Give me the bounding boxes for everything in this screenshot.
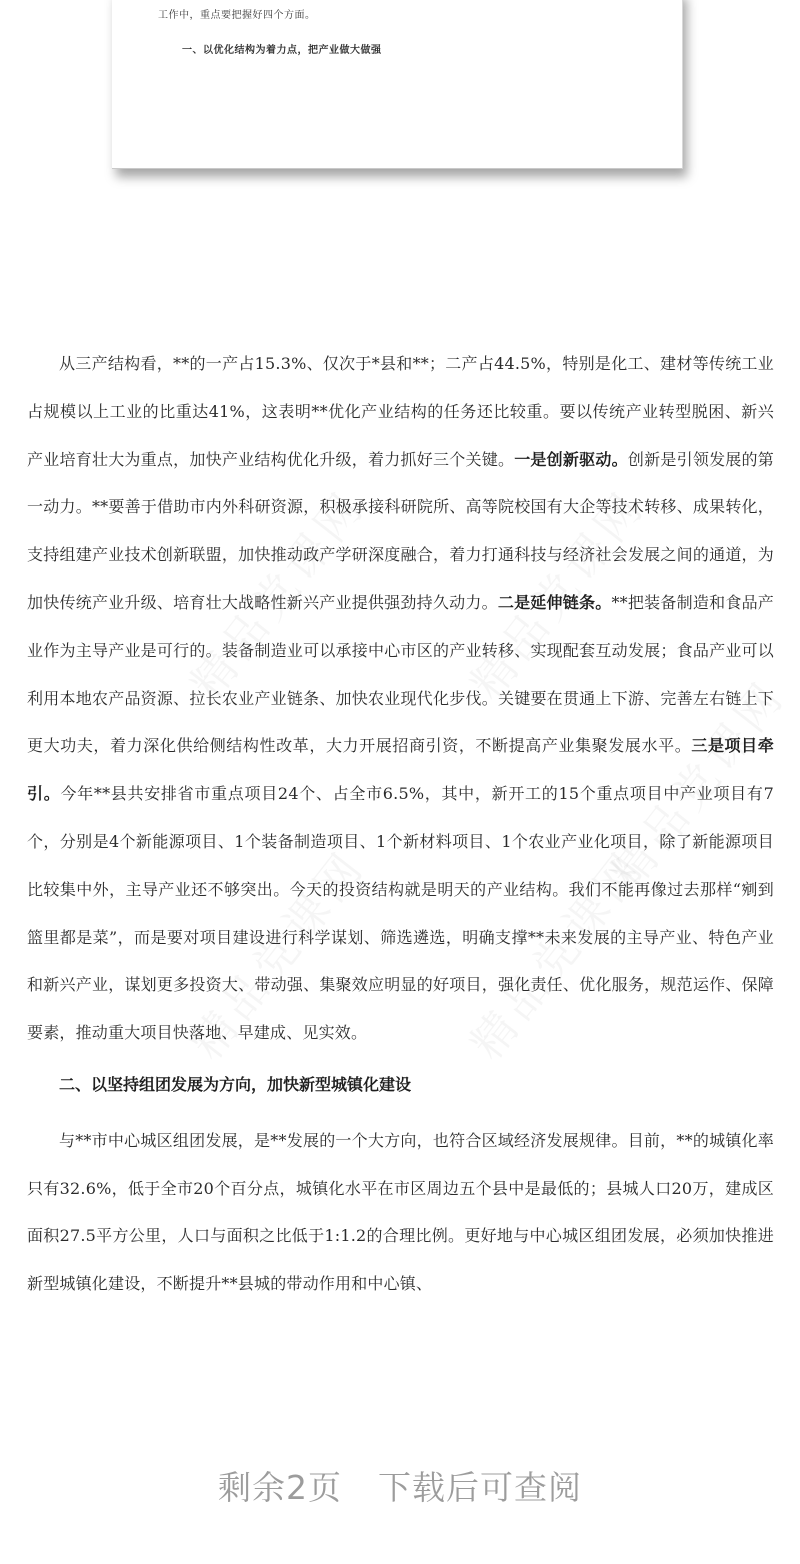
paragraph-text: 创新是引领发展的第一动力。**要善于借助市内外科研资源，积极承接科研院所、高等院… (27, 450, 774, 612)
remaining-pages-label: 剩余2页 (218, 1462, 342, 1509)
paragraph-text: 今年**县共安排省市重点项目24个、占全市6.5%，其中，新开工的15个重点项目… (27, 784, 774, 1042)
paragraph-text: **把装备制造和食品产业作为主导产业是可行的。装备制造业可以承接中心市区的产业转… (27, 593, 774, 755)
paragraph-urbanization: 与**市中心城区组团发展，是**发展的一个大方向，也符合区域经济发展规律。目前，… (27, 1117, 774, 1308)
key-point-extend-chain: 二是延伸链条。 (498, 593, 612, 612)
preview-section-heading: 一、以优化结构为着力点，把产业做大做强 (182, 41, 382, 56)
preview-text-line: 工作中，重点要把握好四个方面。 (158, 6, 316, 21)
key-point-innovation: 一是创新驱动。 (514, 450, 628, 469)
download-prompt[interactable]: 剩余2页下载后可查阅 (0, 1462, 800, 1509)
download-hint-label: 下载后可查阅 (378, 1462, 582, 1509)
document-body: 从三产结构看，**的一产占15.3%、仅次于*县和**；二产占44.5%，特别是… (27, 340, 774, 1308)
paragraph-industrial-structure: 从三产结构看，**的一产占15.3%、仅次于*县和**；二产占44.5%，特别是… (27, 340, 774, 1057)
previous-page-preview: 工作中，重点要把握好四个方面。 一、以优化结构为着力点，把产业做大做强 (112, 0, 683, 169)
section-heading-2: 二、以坚持组团发展为方向，加快新型城镇化建设 (27, 1057, 774, 1117)
